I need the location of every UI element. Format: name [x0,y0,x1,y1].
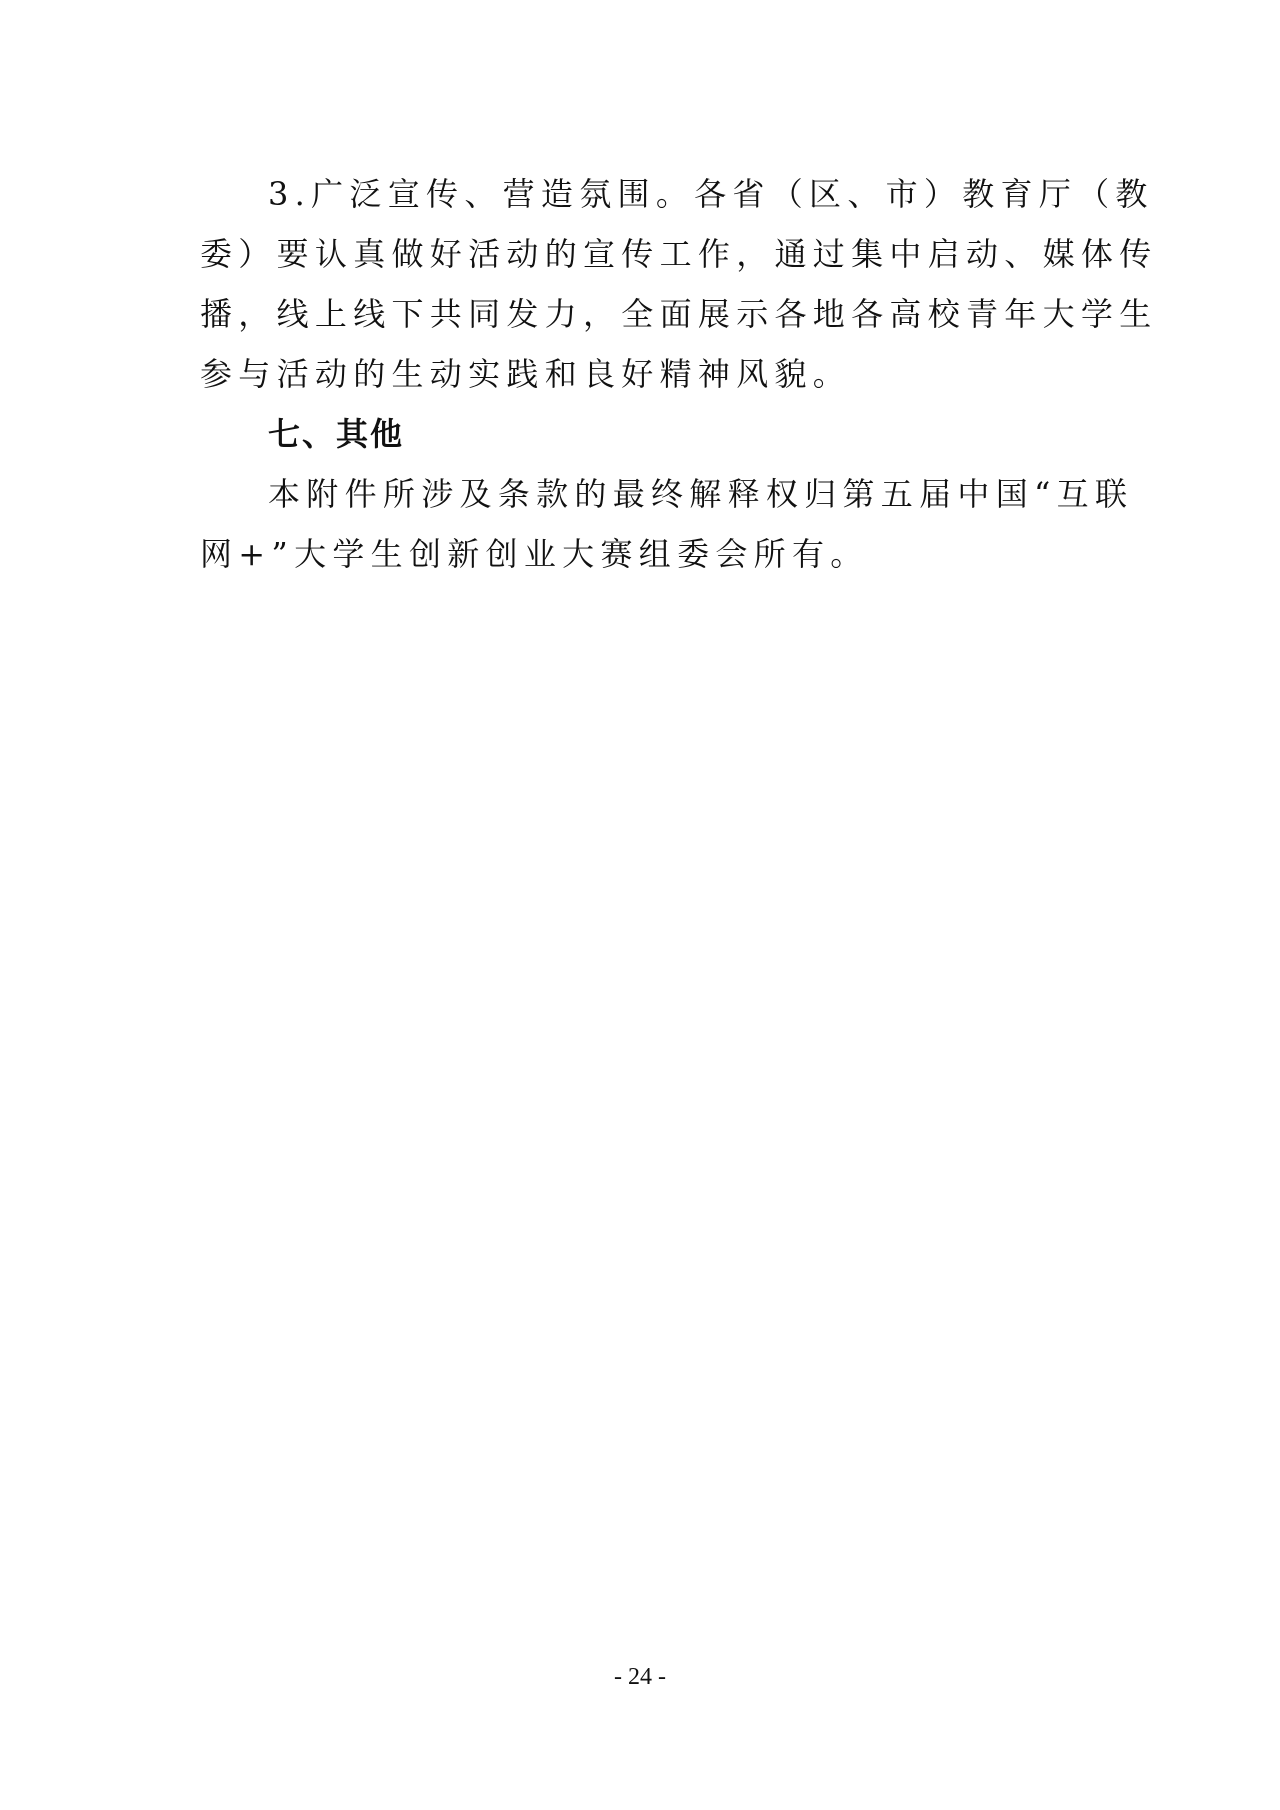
paragraph-3-line-3: 播，线上线下共同发力，全面展示各地各高校青年大学生 [200,294,1080,334]
paragraph-3-line-2: 委）要认真做好活动的宣传工作，通过集中启动、媒体传 [200,234,1080,274]
page-number: - 24 - [0,1662,1280,1692]
section-7-line-1: 本附件所涉及条款的最终解释权归第五届中国“互联 [268,474,1080,514]
paragraph-3-line-4: 参与活动的生动实践和良好精神风貌。 [200,354,1080,394]
section-7-line-2: 网+”大学生创新创业大赛组委会所有。 [200,534,1080,574]
document-page: 3.广泛宣传、营造氛围。各省（区、市）教育厅（教 委）要认真做好活动的宣传工作，… [0,0,1280,1810]
section-heading-other: 七、其他 [268,414,1080,454]
paragraph-3-line-1: 3.广泛宣传、营造氛围。各省（区、市）教育厅（教 [268,174,1080,214]
